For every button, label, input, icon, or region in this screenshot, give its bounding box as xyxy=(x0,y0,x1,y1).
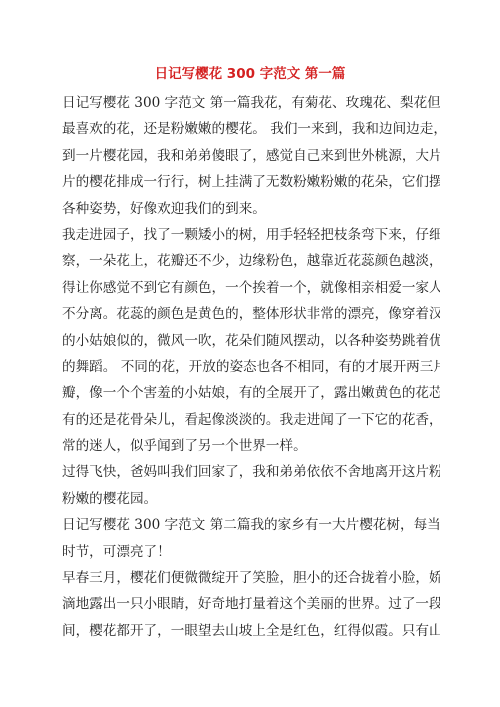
text-line: 片的樱花排成一行行，树上挂满了无数粉嫩粉嫩的花朵，它们摆着 xyxy=(62,169,440,195)
text-line: 察，一朵花上，花瓣还不少，边缘粉色，越靠近花蕊颜色越淡，淡 xyxy=(62,248,440,274)
text-line: 我走进园子，找了一颗矮小的树，用手轻轻把枝条弯下来，仔细观 xyxy=(62,222,440,248)
document-body: 日记写樱花 300 字范文 第一篇我花，有菊花、玫瑰花、梨花但是我 最喜欢的花，… xyxy=(62,90,440,644)
text-line: 早春三月，樱花们便微微绽开了笑脸，胆小的还合拢着小脸，娇滴 xyxy=(62,565,440,591)
text-line: 日记写樱花 300 字范文 第一篇我花，有菊花、玫瑰花、梨花但是我 xyxy=(62,90,440,116)
text-line: 日记写樱花 300 字范文 第二篇我的家乡有一大片樱花树，每当开花 xyxy=(62,512,440,538)
text-line: 常的迷人，似乎闻到了另一个世界一样。 xyxy=(62,433,440,459)
text-line: 最喜欢的花，还是粉嫩嫩的樱花。 我们一来到，我和边间边走，来 xyxy=(62,116,440,142)
text-line: 粉嫩的樱花园。 xyxy=(62,486,440,512)
text-line: 到一片樱花园，我和弟弟傻眼了，感觉自己来到世外桃源，大片大 xyxy=(62,143,440,169)
text-line: 的舞蹈。 不同的花，开放的姿态也各不相同，有的才展开两三片花 xyxy=(62,354,440,380)
document-title: 日记写樱花 300 字范文 第一篇 xyxy=(0,64,500,84)
text-line: 瓣，像一个个害羞的小姑娘，有的全展开了，露出嫩黄色的花芯， xyxy=(62,380,440,406)
text-line: 得让你感觉不到它有颜色，一个挨着一个，就像相亲相爱一家人永 xyxy=(62,275,440,301)
text-line: 各种姿势，好像欢迎我们的到来。 xyxy=(62,196,440,222)
text-line: 过得飞快，爸妈叫我们回家了，我和弟弟依依不舍地离开这片粉嫩 xyxy=(62,459,440,485)
text-line: 有的还是花骨朵儿，看起像淡淡的。我走进闻了一下它的花香，非 xyxy=(62,407,440,433)
text-line: 间，樱花都开了，一眼望去山坡上全是红色，红得似霞。只有山坡 xyxy=(62,618,440,644)
document-page: 日记写樱花 300 字范文 第一篇 日记写樱花 300 字范文 第一篇我花，有菊… xyxy=(0,0,500,707)
text-line: 的小姑娘似的，微风一吹，花朵们随风摆动，以各种姿势跳着优美 xyxy=(62,328,440,354)
text-line: 时节，可漂亮了！ xyxy=(62,539,440,565)
text-line: 不分离。花蕊的颜色是黄色的，整体形状非常的漂亮，像穿着汉服 xyxy=(62,301,440,327)
text-line: 滴地露出一只小眼睛，好奇地打量着这个美丽的世界。过了一段时 xyxy=(62,591,440,617)
